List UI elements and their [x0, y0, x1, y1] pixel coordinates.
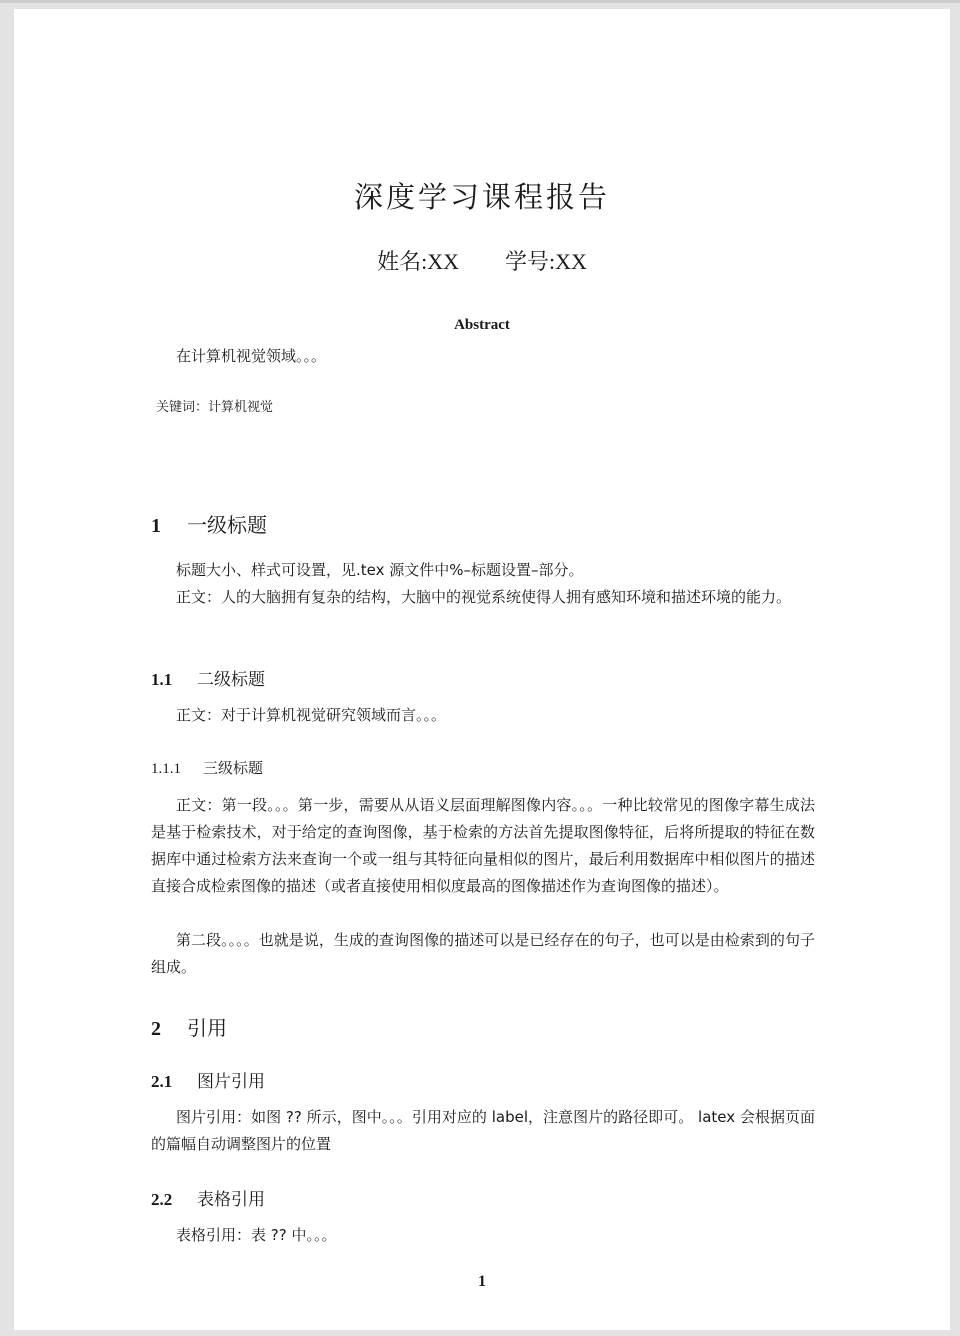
abstract-text: 在计算机视觉领域。。。 — [176, 345, 326, 366]
paragraph: 标题大小、样式可设置，见.tex 源文件中%–标题设置–部分。 — [151, 557, 815, 584]
section-title: 一级标题 — [187, 513, 267, 537]
subsection-title: 二级标题 — [197, 670, 265, 690]
document-title: 深度学习课程报告 — [14, 175, 950, 216]
abstract-heading: Abstract — [14, 317, 950, 334]
paragraph: 正文：第一段。。。第一步，需要从从语义层面理解图像内容。。。一种比较常见的图像字… — [151, 792, 815, 900]
viewer-top-bar — [0, 0, 960, 3]
paragraph: 正文：对于计算机视觉研究领域而言。。。 — [151, 702, 815, 729]
document-page: 深度学习课程报告 姓名:XX学号:XX Abstract 在计算机视觉领域。。。… — [14, 9, 950, 1330]
section-number: 2 — [151, 1018, 187, 1041]
subsection-number: 2.2 — [151, 1190, 197, 1210]
paragraph: 表格引用：表 ?? 中。。。 — [151, 1222, 815, 1249]
subsection-number: 2.1 — [151, 1072, 197, 1092]
section-title: 引用 — [187, 1016, 227, 1040]
subsection-title: 图片引用 — [197, 1072, 265, 1092]
paragraph: 第二段。。。。也就是说，生成的查询图像的描述可以是已经存在的句子，也可以是由检索… — [151, 927, 815, 981]
paragraph: 正文：人的大脑拥有复杂的结构，大脑中的视觉系统使得人拥有感知环境和描述环境的能力… — [151, 584, 815, 611]
student-id: 学号:XX — [505, 245, 587, 276]
paragraph: 图片引用：如图 ?? 所示，图中。。。引用对应的 label，注意图片的路径即可… — [151, 1104, 815, 1158]
subsection-number: 1.1 — [151, 670, 197, 690]
subsubsection-number: 1.1.1 — [151, 761, 203, 778]
subsubsection-heading-1-1-1: 1.1.1三级标题 — [151, 757, 263, 778]
subsection-title: 表格引用 — [197, 1190, 265, 1210]
subsection-heading-2-2: 2.2表格引用 — [151, 1185, 265, 1210]
subsubsection-title: 三级标题 — [203, 759, 263, 777]
subsection-heading-1-1: 1.1二级标题 — [151, 665, 265, 690]
page-number: 1 — [14, 1273, 950, 1291]
section-number: 1 — [151, 515, 187, 538]
keywords: 关键词：计算机视觉 — [156, 396, 273, 415]
subsection-heading-2-1: 2.1图片引用 — [151, 1067, 265, 1092]
author-name: 姓名:XX — [377, 245, 459, 276]
section-heading-1: 1一级标题 — [151, 509, 267, 538]
author-line: 姓名:XX学号:XX — [14, 245, 950, 276]
section-heading-2: 2引用 — [151, 1012, 227, 1041]
